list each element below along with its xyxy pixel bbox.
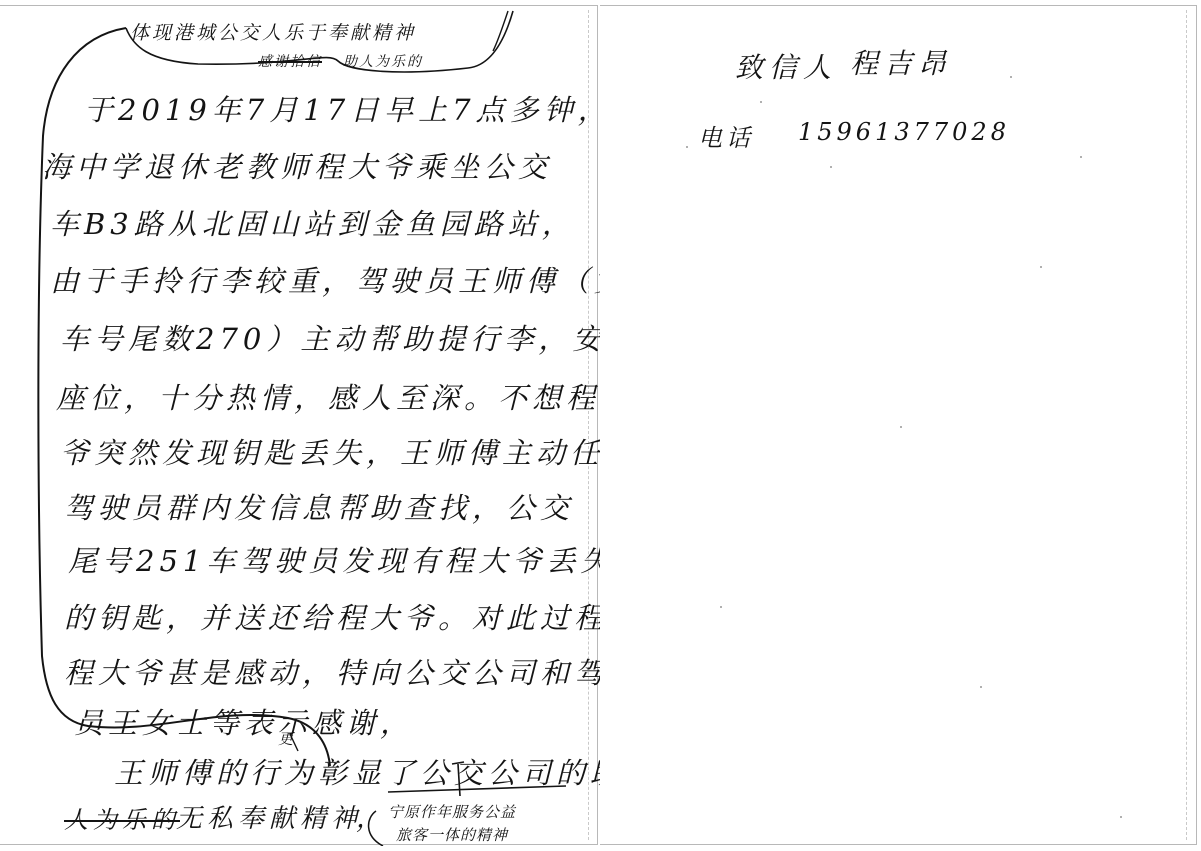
scan-speck	[760, 101, 762, 103]
scan-speck	[686, 146, 688, 148]
body-line-10: 的钥匙，并送还给程大爷。对此过程	[64, 596, 608, 637]
scan-speck	[900, 426, 902, 428]
scan-speck	[1080, 156, 1082, 158]
body-line-9: 尾号251车驾驶员发现有程大爷丢失	[68, 539, 614, 580]
scan-edge	[1186, 10, 1187, 840]
scan-speck	[830, 166, 832, 168]
scan-speck	[1040, 266, 1042, 268]
body-line-7: 爷突然发现钥匙丢失，王师傅主动任	[60, 431, 604, 472]
closing-line-1: 王师傅的行为彰显了公交公司的助	[114, 751, 624, 792]
letter-title: 体现港城公交人乐于奉献精神	[130, 18, 416, 45]
sender-name: 程吉昂	[850, 42, 952, 82]
body-line-4: 由于手拎行李较重，驾驶员王师傅（女	[50, 259, 628, 300]
margin-note-line-2: 旅客一体的精神	[396, 824, 508, 845]
sender-label: 致信人	[735, 46, 837, 86]
scan-speck	[1010, 76, 1012, 78]
insertion-mark: 更	[278, 728, 294, 749]
body-line-11: 程大爷甚是感动，特向公交公司和驾驶	[64, 651, 642, 692]
letter-subtitle: 助人为乐的	[343, 51, 423, 71]
struck-closing-phrase: 人为乐的	[64, 800, 180, 835]
body-line-8: 驾驶员群内发信息帮助查找，公交	[64, 486, 574, 527]
margin-note-line-1: 宁原作年服务公益	[388, 801, 516, 822]
letter-page-left: 体现港城公交人乐于奉献精神 感谢拾信 助人为乐的 于2019年7月17日早上7点…	[0, 5, 598, 845]
phone-number: 15961377028	[798, 118, 1010, 146]
body-line-5: 车号尾数270）主动帮助提行李，安排	[60, 317, 640, 358]
scan-speck	[980, 686, 982, 688]
body-line-12: 员王女士等表示感谢，	[74, 701, 414, 742]
closing-line-2: 无私奉献精神	[176, 798, 362, 835]
scan-speck	[1120, 816, 1122, 818]
scan-edge	[588, 10, 589, 840]
letter-page-right: 致信人 程吉昂 电话 15961377028	[600, 5, 1197, 845]
closing-comma: ，	[356, 798, 387, 835]
body-line-6: 座位，十分热情，感人至深。不想程大	[56, 376, 634, 417]
phone-label: 电话	[698, 118, 754, 153]
body-line-1: 于2019年7月17日早上7点多钟，原海	[84, 88, 680, 129]
body-line-2: 海中学退休老教师程大爷乘坐公交	[42, 145, 552, 186]
scan-speck	[720, 606, 722, 608]
struck-subtitle: 感谢拾信	[258, 51, 322, 71]
body-line-3: 车B3路从北固山站到金鱼园路站，	[50, 202, 576, 243]
